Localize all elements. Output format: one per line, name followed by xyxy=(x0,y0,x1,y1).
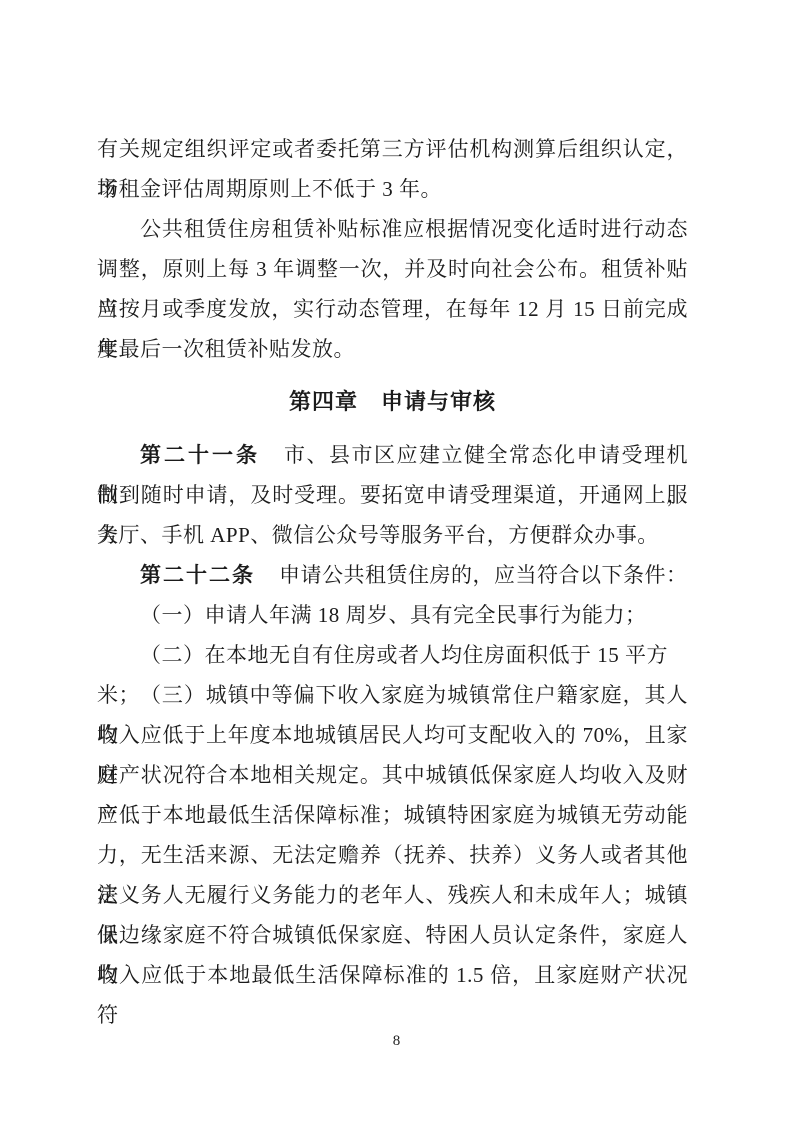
body-line: 调整，原则上每 3 年调整一次，并及时向社会公布。租赁补贴应 xyxy=(97,249,688,289)
clause-item-line: （一）申请人年满 18 周岁、具有完全民事行为能力； xyxy=(97,595,688,635)
body-line: 财产状况符合本地相关规定。其中城镇低保家庭人均收入及财产 xyxy=(97,755,688,795)
article-22-first-line: 第二十二条申请公共租赁住房的，应当符合以下条件： xyxy=(97,555,688,595)
chapter-heading: 第四章 申请与审核 xyxy=(97,382,688,422)
body-line: 大厅、手机 APP、微信公众号等服务平台，方便群众办事。 xyxy=(97,515,688,555)
body-line: 有关规定组织评定或者委托第三方评估机构测算后组织认定，市 xyxy=(97,129,688,169)
body-line: 定义务人无履行义务能力的老年人、残疾人和未成年人；城镇低 xyxy=(97,875,688,915)
page-number: 8 xyxy=(0,1030,793,1052)
body-line: 保边缘家庭不符合城镇低保家庭、特困人员认定条件，家庭人均 xyxy=(97,915,688,955)
article-21-label: 第二十一条 xyxy=(140,443,260,467)
body-line: 度最后一次租赁补贴发放。 xyxy=(97,329,688,369)
body-line: 应低于本地最低生活保障标准；城镇特困家庭为城镇无劳动能 xyxy=(97,795,688,835)
document-page: 有关规定组织评定或者委托第三方评估机构测算后组织认定，市 场租金评估周期原则上不… xyxy=(0,0,793,1122)
body-line: 收入应低于本地最低生活保障标准的 1.5 倍，且家庭财产状况符 xyxy=(97,955,688,995)
clause-item-line: （二）在本地无自有住房或者人均住房面积低于 15 平方米； xyxy=(97,635,688,675)
article-21-first-line: 第二十一条市、县市区应建立健全常态化申请受理机制， xyxy=(97,435,688,475)
body-line: 当按月或季度发放，实行动态管理，在每年 12 月 15 日前完成年 xyxy=(97,289,688,329)
article-22-text: 申请公共租赁住房的，应当符合以下条件： xyxy=(279,563,688,587)
body-line: 力，无生活来源、无法定赡养（抚养、扶养）义务人或者其他法 xyxy=(97,835,688,875)
body-line: 做到随时申请，及时受理。要拓宽申请受理渠道，开通网上服务 xyxy=(97,475,688,515)
body-line: 收入应低于上年度本地城镇居民人均可支配收入的 70%，且家庭 xyxy=(97,715,688,755)
document-content: 有关规定组织评定或者委托第三方评估机构测算后组织认定，市 场租金评估周期原则上不… xyxy=(97,129,688,995)
article-22-label: 第二十二条 xyxy=(140,563,255,587)
body-line: 公共租赁住房租赁补贴标准应根据情况变化适时进行动态 xyxy=(97,209,688,249)
clause-item-line: （三）城镇中等偏下收入家庭为城镇常住户籍家庭，其人均 xyxy=(97,675,688,715)
body-line: 场租金评估周期原则上不低于 3 年。 xyxy=(97,169,688,209)
